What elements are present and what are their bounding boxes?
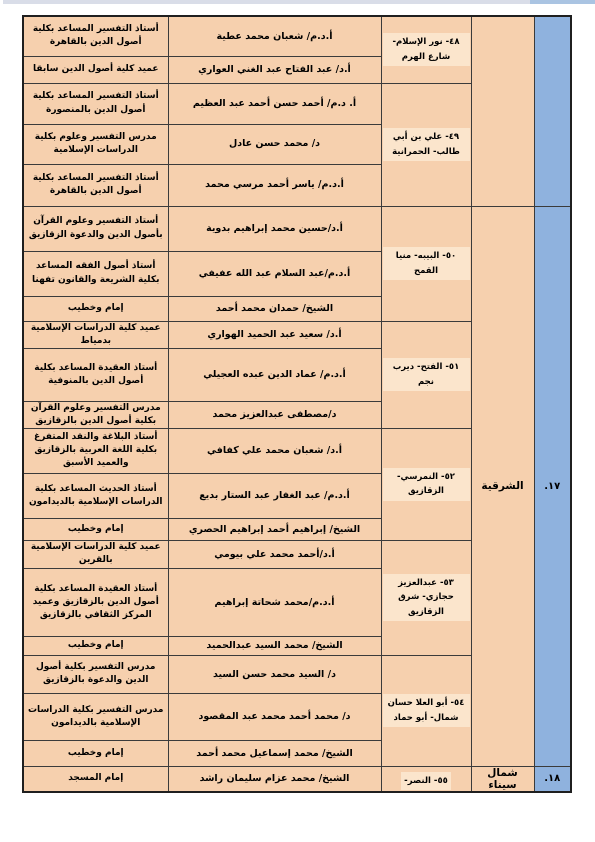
imam-name-cell: د/ محمد حسن عادل — [168, 124, 381, 164]
imam-title-cell: إمام وخطيب — [23, 296, 168, 321]
imam-name-cell: أ.د.م/ ياسر أحمد مرسي محمد — [168, 164, 381, 206]
imam-name-cell: أ.د/حسين محمد إبراهيم بدوية — [168, 206, 381, 251]
table-row: ١٧. الشرقية ٥٠- البيبه- منيا القمح أ.د/ح… — [23, 206, 571, 251]
mosque-location-cell: ٥٣- عبدالعزيز حجازي- شرق الزقازيق — [381, 540, 471, 655]
document-page: { "colors": { "cell_bg": "#f6d0ae", "lab… — [0, 0, 595, 842]
imam-name-cell: الشيخ/ محمد إسماعيل محمد أحمد — [168, 740, 381, 766]
imam-title-cell: مدرس التفسير وعلوم بكلية الدراسات الإسلا… — [23, 124, 168, 164]
imam-name-cell: د/ السيد محمد حسن السيد — [168, 655, 381, 693]
imam-title-cell: مدرس التفسير بكلية أصول الدين والدعوة با… — [23, 655, 168, 693]
imam-title-cell: أستاذ البلاغة والنقد المتفرغ بكلية اللغة… — [23, 428, 168, 473]
imams-roster-table: ٤٨- نور الإسلام- شارع الهرم أ.د.م/ شعبان… — [22, 15, 572, 793]
location-label: ٤٩- علي بن أبي طالب- الحمرانية — [383, 128, 470, 161]
page-top-strip-right — [530, 0, 595, 4]
location-label: ٥٣- عبدالعزيز حجازي- شرق الزقازيق — [383, 574, 470, 621]
imam-title-cell: أستاذ أصول الفقه المساعد بكلية الشريعة و… — [23, 251, 168, 296]
mosque-location-cell: ٥٤- أبو العلا حسان شمال- أبو حماد — [381, 655, 471, 766]
location-label: ٥١- الفتح- ديرب نجم — [383, 358, 470, 391]
imam-name-cell: أ. د.م/ أحمد حسن أحمد عبد العظيم — [168, 83, 381, 124]
location-label: ٥٠- البيبه- منيا القمح — [383, 247, 470, 280]
location-label: ٥٤- أبو العلا حسان شمال- أبو حماد — [383, 694, 470, 727]
imam-title-cell: أستاذ التفسير المساعد بكلية أصول الدين ب… — [23, 83, 168, 124]
mosque-location-cell: ٥٥- النصر- — [381, 766, 471, 792]
imam-title-cell: إمام وخطيب — [23, 740, 168, 766]
imam-title-cell: أستاذ العقيدة المساعد بكلية أصول الدين ب… — [23, 568, 168, 636]
imam-title-cell: عميد كلية الدراسات الإسلامية بدمياط — [23, 321, 168, 348]
index-cell: ١٨. — [534, 766, 571, 792]
imam-title-cell: إمام وخطيب — [23, 518, 168, 540]
imam-name-cell: أ.د.م/محمد شحاتة إبراهيم — [168, 568, 381, 636]
imam-name-cell: د/مصطفى عبدالعزيز محمد — [168, 401, 381, 428]
imam-name-cell: الشيخ/ حمدان محمد أحمد — [168, 296, 381, 321]
index-cell: ١٧. — [534, 206, 571, 766]
imam-name-cell: أ.د.م/عبد السلام عبد الله عفيفي — [168, 251, 381, 296]
imam-name-cell: أ.د.م/ عماد الدين عبده العجيلي — [168, 348, 381, 401]
imam-name-cell: الشيخ/ محمد السيد عبدالحميد — [168, 636, 381, 655]
governorate-cell: الشرقية — [471, 206, 534, 766]
imam-title-cell: إمام وخطيب — [23, 636, 168, 655]
imam-name-cell: أ.د.م/ شعبان محمد عطية — [168, 16, 381, 56]
mosque-location-cell: ٥١- الفتح- ديرب نجم — [381, 321, 471, 428]
mosque-location-cell: ٥٢- النمرسي- الزقازيق — [381, 428, 471, 540]
imam-name-cell: د/ محمد أحمد محمد عبد المقصود — [168, 693, 381, 740]
imam-name-cell: أ.د/ سعيد عبد الحميد الهواري — [168, 321, 381, 348]
mosque-location-cell: ٤٨- نور الإسلام- شارع الهرم — [381, 16, 471, 83]
index-cell — [534, 16, 571, 206]
imam-title-cell: إمام المسجد — [23, 766, 168, 792]
table-row: ١٨. شمال سيناء ٥٥- النصر- الشيخ/ محمد عز… — [23, 766, 571, 792]
imam-title-cell: أستاذ التفسير المساعد بكلية أصول الدين ب… — [23, 16, 168, 56]
imam-name-cell: أ.د.م/ عبد الغفار عبد الستار بديع — [168, 473, 381, 518]
imam-name-cell: أ.د/أحمد محمد علي بيومي — [168, 540, 381, 568]
mosque-location-cell: ٤٩- علي بن أبي طالب- الحمرانية — [381, 83, 471, 206]
imam-title-cell: عميد كلية الدراسات الإسلامية بالقرين — [23, 540, 168, 568]
governorate-cell: شمال سيناء — [471, 766, 534, 792]
imam-title-cell: أستاذ العقيدة المساعد بكلية أصول الدين ب… — [23, 348, 168, 401]
imam-name-cell: أ.د/ عبد الفتاح عبد الغني العواري — [168, 56, 381, 83]
location-label: ٥٢- النمرسي- الزقازيق — [383, 468, 470, 501]
table-row: ٤٨- نور الإسلام- شارع الهرم أ.د.م/ شعبان… — [23, 16, 571, 56]
imam-name-cell: الشيخ/ إبراهيم أحمد إبراهيم الحصري — [168, 518, 381, 540]
location-label: ٤٨- نور الإسلام- شارع الهرم — [383, 33, 470, 66]
imam-title-cell: مدرس التفسير وعلوم القرآن بكلية أصول الد… — [23, 401, 168, 428]
imam-title-cell: عميد كلية أصول الدين سابقا — [23, 56, 168, 83]
location-label: ٥٥- النصر- — [401, 772, 451, 790]
imam-title-cell: أستاذ التفسير المساعد بكلية أصول الدين ب… — [23, 164, 168, 206]
imam-name-cell: أ.د/ شعبان محمد علي كفافي — [168, 428, 381, 473]
governorate-cell — [471, 16, 534, 206]
imam-title-cell: مدرس التفسير بكلية الدراسات الإسلامية با… — [23, 693, 168, 740]
mosque-location-cell: ٥٠- البيبه- منيا القمح — [381, 206, 471, 321]
page-top-strip-left — [3, 0, 530, 4]
imam-name-cell: الشيخ/ محمد عزام سليمان راشد — [168, 766, 381, 792]
imam-title-cell: أستاذ الحديث المساعد بكلية الدراسات الإس… — [23, 473, 168, 518]
imam-title-cell: أستاذ التفسير وعلوم القرآن بأصول الدين و… — [23, 206, 168, 251]
